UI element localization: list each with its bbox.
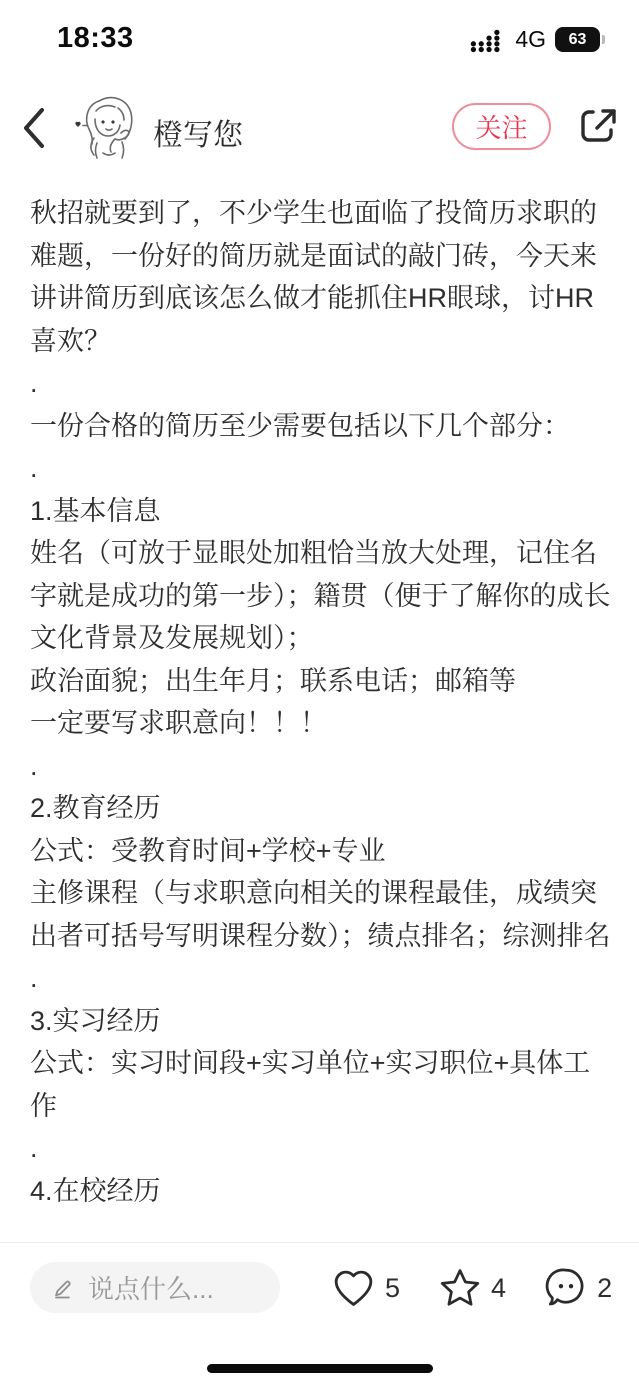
pencil-icon (50, 1275, 76, 1301)
follow-button[interactable]: 关注 (452, 103, 551, 150)
post-paragraph: . (30, 447, 615, 490)
like-count: 5 (385, 1273, 400, 1304)
collect-button[interactable]: 4 (438, 1266, 506, 1310)
battery-indicator: 63 (555, 27, 600, 52)
post-paragraph: 姓名（可放于显眼处加粗恰当放大处理，记住名字就是成功的第一步）；籍贯（便于了解你… (30, 532, 615, 660)
post-paragraph: 1.基本信息 (30, 490, 615, 533)
bottom-bar: 说点什么... 5 4 (0, 1242, 639, 1385)
user-avatar[interactable] (70, 88, 150, 168)
comment-count: 2 (597, 1273, 612, 1304)
post-paragraph: 一份合格的简历至少需要包括以下几个部分： (30, 405, 615, 448)
post-body: 秋招就要到了，不少学生也面临了投简历求职的难题，一份好的简历就是面试的敲门砖，今… (30, 192, 615, 1212)
battery-nub (602, 35, 605, 44)
user-name[interactable]: 橙写您 (153, 110, 243, 154)
home-indicator[interactable] (207, 1364, 433, 1373)
post-paragraph: 秋招就要到了，不少学生也面临了投简历求职的难题，一份好的简历就是面试的敲门砖，今… (30, 192, 615, 362)
chevron-left-icon (20, 104, 60, 152)
post-actions: 5 4 2 (331, 1243, 612, 1333)
comment-button[interactable]: 2 (544, 1265, 612, 1311)
back-button[interactable] (20, 102, 60, 154)
post-paragraph: 3.实习经历 (30, 1000, 615, 1043)
post-paragraph: 一定要写求职意向！！！ (30, 702, 615, 745)
heart-icon (331, 1266, 376, 1311)
status-time: 18:33 (57, 22, 134, 55)
collect-count: 4 (491, 1273, 506, 1304)
star-icon (438, 1266, 482, 1310)
status-right-cluster: 4G 63 (470, 26, 600, 53)
post-paragraph: . (30, 1127, 615, 1170)
network-type-label: 4G (515, 26, 546, 53)
post-paragraph: . (30, 957, 615, 1000)
share-icon (577, 103, 621, 149)
post-paragraph: . (30, 745, 615, 788)
avatar-sketch-icon (70, 88, 150, 168)
like-button[interactable]: 5 (331, 1266, 400, 1311)
post-paragraph: . (30, 362, 615, 405)
battery-percent: 63 (569, 31, 587, 49)
comment-placeholder: 说点什么... (88, 1269, 214, 1306)
post-paragraph: 主修课程（与求职意向相关的课程最佳，成绩突出者可括号写明课程分数）；绩点排名；综… (30, 872, 615, 957)
cellular-signal-icon (470, 27, 506, 53)
status-bar: 18:33 4G 63 (0, 0, 639, 62)
comment-bubble-icon (544, 1265, 588, 1311)
post-paragraph: 2.教育经历 (30, 787, 615, 830)
post-paragraph: 公式：受教育时间+学校+专业 (30, 830, 615, 873)
comment-input[interactable]: 说点什么... (30, 1262, 280, 1313)
share-button[interactable] (577, 103, 621, 149)
screen: 18:33 4G 63 (0, 0, 639, 1385)
post-paragraph: 公式：实习时间段+实习单位+实习职位+具体工作 (30, 1042, 615, 1127)
nav-bar: 橙写您 关注 (0, 88, 639, 168)
post-paragraph: 4.在校经历 (30, 1170, 615, 1213)
post-paragraph: 政治面貌；出生年月；联系电话；邮箱等 (30, 660, 615, 703)
